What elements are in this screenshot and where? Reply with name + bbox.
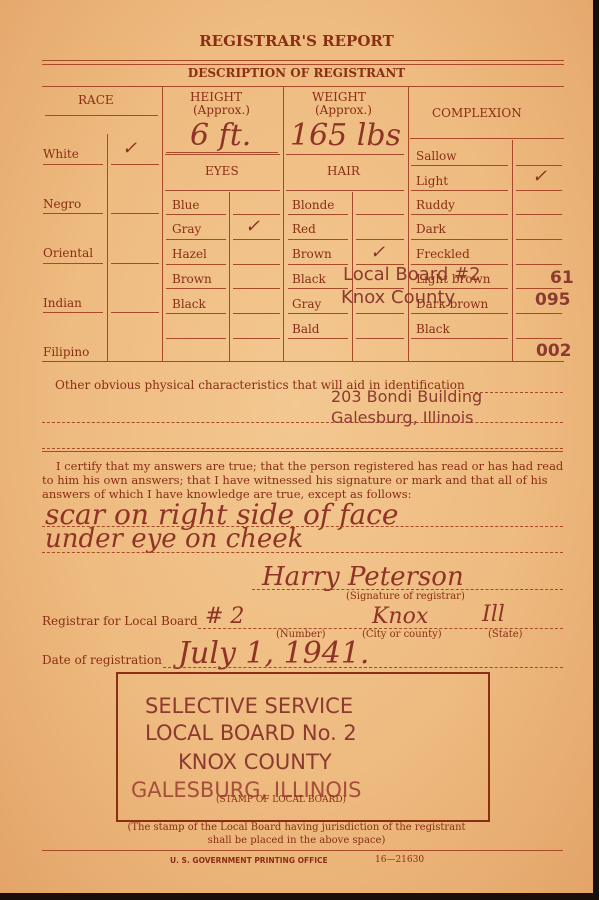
weight-sub: (Approx.) [315,103,372,117]
dashed-line [42,552,563,553]
board-state-value: Ill [482,602,505,627]
stamp-code-002: 002 [536,341,572,361]
rule [111,213,159,214]
hair-option-black: Black [292,272,326,286]
table-top-rule [42,86,564,87]
race-check-white: ✓ [122,138,137,159]
section-title: DESCRIPTION OF REGISTRANT [0,66,593,80]
rule [516,313,562,314]
rule [411,190,508,191]
rule [166,264,226,265]
rule [516,190,562,191]
eyes-check-gray: ✓ [245,216,260,237]
rule [516,239,562,240]
rule [45,115,158,116]
rule [111,164,159,165]
hair-check-brown: ✓ [370,242,385,263]
rule [356,239,404,240]
rule [411,338,508,339]
registrar-board-label: Registrar for Local Board [42,614,198,628]
registrars-report-card: REGISTRAR'S REPORT DESCRIPTION OF REGIST… [0,0,593,893]
footer-printing-office: U. S. GOVERNMENT PRINTING OFFICE [170,856,328,865]
rule [166,239,226,240]
complexion-option-light: Light [416,174,448,188]
eye-option-hazel: Hazel [172,247,207,261]
title-rule [42,60,564,61]
col-divider [408,87,409,362]
rule [411,313,508,314]
weight-header: WEIGHT [312,90,366,104]
height-header: HEIGHT [190,90,242,104]
dashed-line [42,448,563,449]
certification-text: I certify that my answers are true; that… [42,459,564,501]
county-label: (City or county) [362,629,442,640]
rule [288,288,348,289]
rule [411,214,508,215]
height-value: 6 ft. [190,118,251,153]
rule [233,239,280,240]
rule [233,288,280,289]
race-option-filipino: Filipino [43,345,89,359]
eye-option-gray: Gray [172,222,201,236]
dashed-line [42,422,563,423]
rule [288,214,348,215]
dashed-line [252,589,563,590]
col-divider [107,134,108,362]
weight-value: 165 lbs [290,118,401,153]
rule [42,451,563,452]
complexion-option-sallow: Sallow [416,149,457,163]
stamp-code-095: 095 [535,290,571,310]
hair-option-red: Red [292,222,316,236]
complexion-option-ruddy: Ruddy [416,198,455,212]
hair-option-gray: Gray [292,297,321,311]
eyes-header: EYES [205,164,239,178]
rule [166,288,226,289]
rule [43,312,103,313]
dashed-line [470,392,563,393]
race-option-indian: Indian [43,296,82,310]
rule [233,264,280,265]
rule [286,190,404,191]
rule [410,138,564,139]
board-stamp-line1: Local Board #2 [343,264,481,285]
stamp-caption: (STAMP OF LOCAL BOARD) [216,795,346,805]
date-label: Date of registration [42,653,162,667]
race-header: RACE [78,93,114,107]
rule [111,312,159,313]
rule [516,288,562,289]
local-stamp-line1: SELECTIVE SERVICE [145,694,353,718]
rule [288,239,348,240]
rule [286,154,404,155]
address-stamp-line1: 203 Bondi Building [331,387,482,406]
stamp-note-line2: shall be placed in the above space) [0,835,593,846]
eye-option-blue: Blue [172,198,200,212]
rule [356,338,404,339]
rule [233,313,280,314]
board-number-value: # 2 [205,604,244,629]
rule [411,165,508,166]
race-option-white: White [43,147,79,161]
hair-option-brown: Brown [292,247,332,261]
race-option-negro: Negro [43,197,81,211]
stamp-note-line1: (The stamp of the Local Board having jur… [0,822,593,833]
col-divider [283,87,284,362]
rule [233,338,280,339]
rule [166,313,226,314]
complexion-option-freckled: Freckled [416,247,470,261]
title-rule-2 [42,64,564,65]
hair-header: HAIR [327,164,360,178]
col-divider [512,140,513,362]
address-stamp-line2: Galesburg, Illinois [331,408,474,427]
rule [516,165,562,166]
rule [516,264,562,265]
signature-label: (Signature of registrar) [346,591,465,602]
complexion-option-black: Black [416,322,450,336]
eye-option-black: Black [172,297,206,311]
col-divider [229,192,230,362]
rule [166,214,226,215]
footer-form-code: 16—21630 [375,855,424,865]
rule [233,214,280,215]
hair-option-blonde: Blonde [292,198,334,212]
rule [111,263,159,264]
rule [356,214,404,215]
rule [411,239,508,240]
rule [288,264,348,265]
date-value: July 1, 1941. [178,636,369,671]
dashed-line [163,667,563,668]
local-stamp-line2: LOCAL BOARD No. 2 [145,721,357,745]
local-stamp-line3: KNOX COUNTY [178,750,332,774]
rule [166,152,278,153]
table-bottom-rule [42,361,564,362]
rule [165,190,280,191]
board-county-value: Knox [372,604,428,629]
race-option-oriental: Oriental [43,246,93,260]
col-divider [162,87,163,362]
rule [43,164,103,165]
state-label: (State) [488,629,523,640]
rule [356,313,404,314]
rule [43,263,103,264]
rule [288,338,348,339]
rule [288,313,348,314]
rule [516,214,562,215]
rule [165,154,280,155]
footer-rule [42,850,563,851]
complexion-option-dark: Dark [416,222,446,236]
stamp-code-61: 61 [550,268,574,288]
eye-option-brown: Brown [172,272,212,286]
complexion-check-light: ✓ [532,166,547,187]
exceptions-line-2: under eye on cheek [45,524,303,554]
complexion-header: COMPLEXION [432,106,522,120]
rule [166,338,226,339]
rule [516,338,562,339]
board-stamp-line2: Knox County [341,287,455,308]
height-sub: (Approx.) [193,103,250,117]
report-title: REGISTRAR'S REPORT [0,32,593,50]
registrar-signature: Harry Peterson [262,562,464,592]
hair-option-bald: Bald [292,322,320,336]
rule [43,213,103,214]
